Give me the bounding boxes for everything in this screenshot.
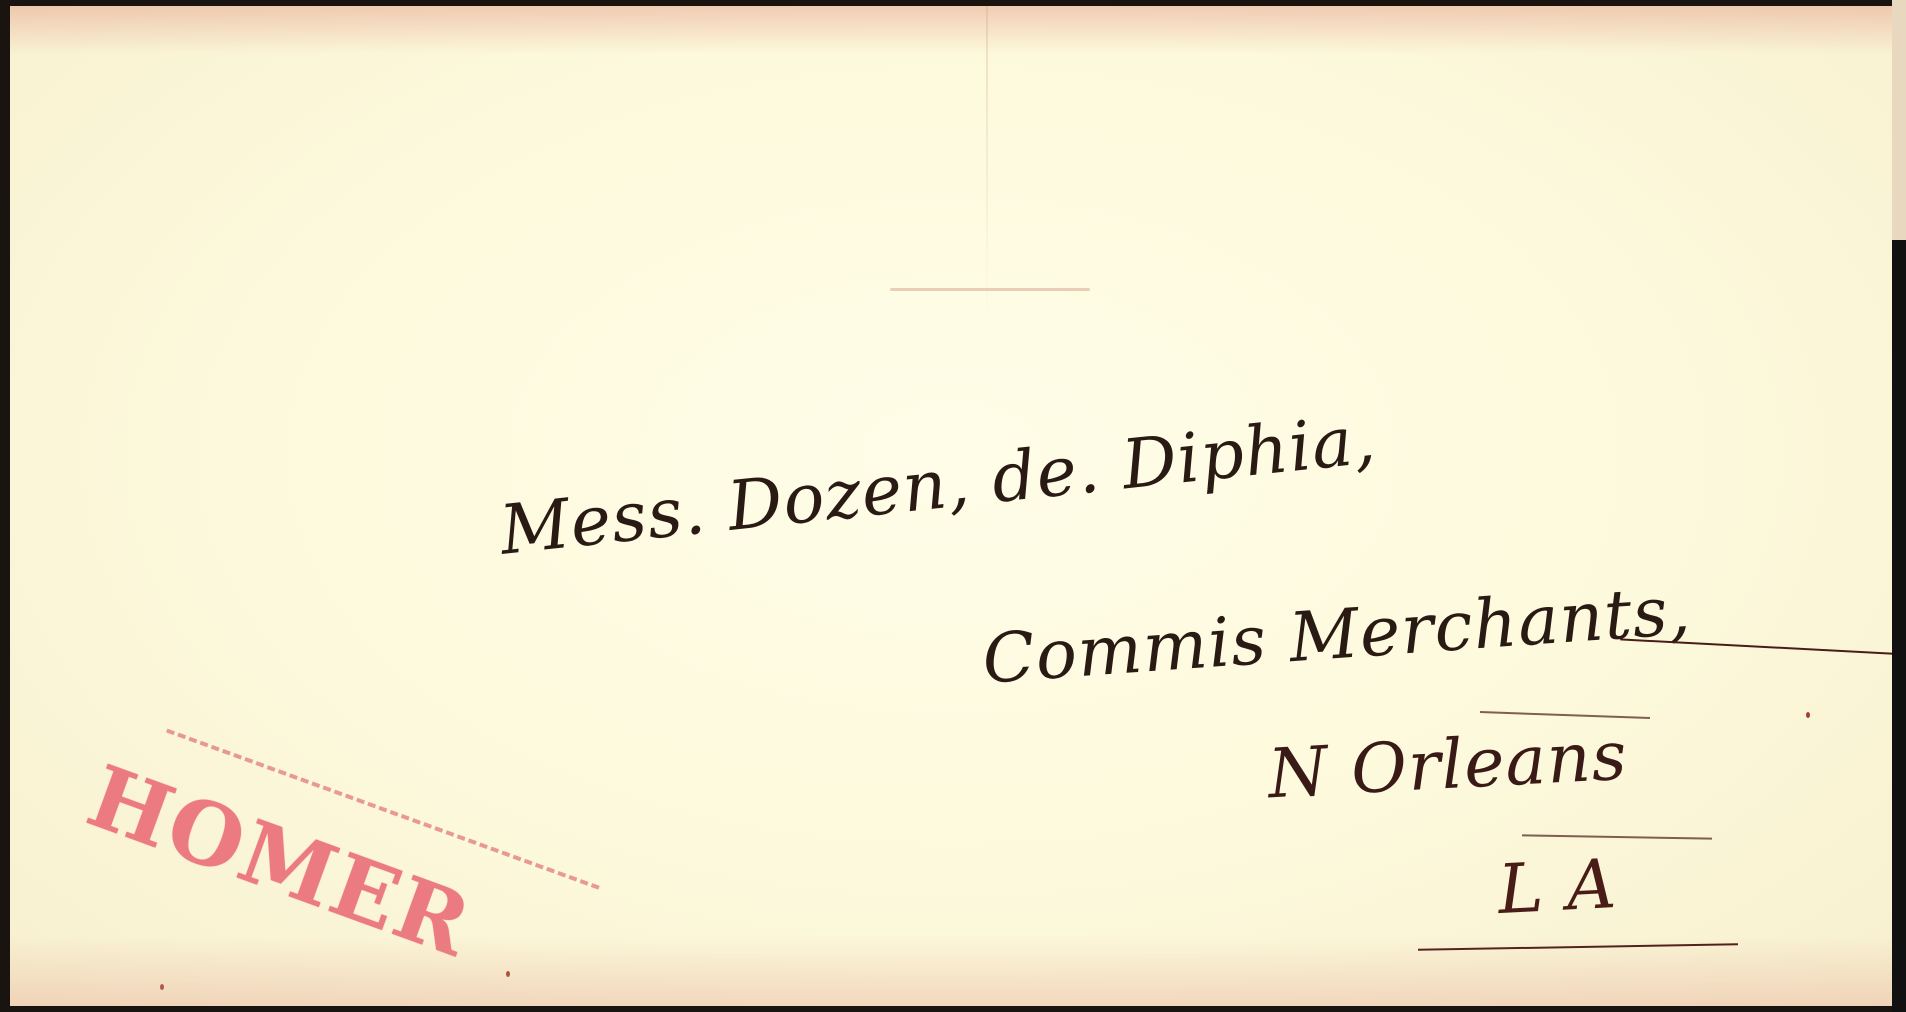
fold-crease-vertical (986, 6, 988, 316)
scan-border-notch (1892, 0, 1906, 240)
ink-speck (1806, 712, 1810, 718)
ink-speck (506, 971, 510, 977)
ink-underline (1480, 711, 1650, 719)
scan-border-right (1892, 0, 1906, 1012)
address-line-addressee: Mess. Dozen, de. Diphia, (496, 400, 1379, 571)
address-line-state: L A (1496, 845, 1619, 930)
address-line-occupation: Commis Merchants, (980, 571, 1693, 699)
address-line-city: N Orleans (1266, 717, 1629, 815)
ink-underline (1522, 834, 1712, 839)
homer-postmark: HOMER (75, 746, 484, 977)
postmark-text: HOMER (75, 746, 484, 977)
ink-underline (1418, 943, 1738, 951)
ink-speck (160, 984, 164, 990)
letter-cover: HOMER Mess. Dozen, de. Diphia, Commis Me… (10, 6, 1896, 1006)
fold-crease-horizontal (890, 288, 1090, 291)
